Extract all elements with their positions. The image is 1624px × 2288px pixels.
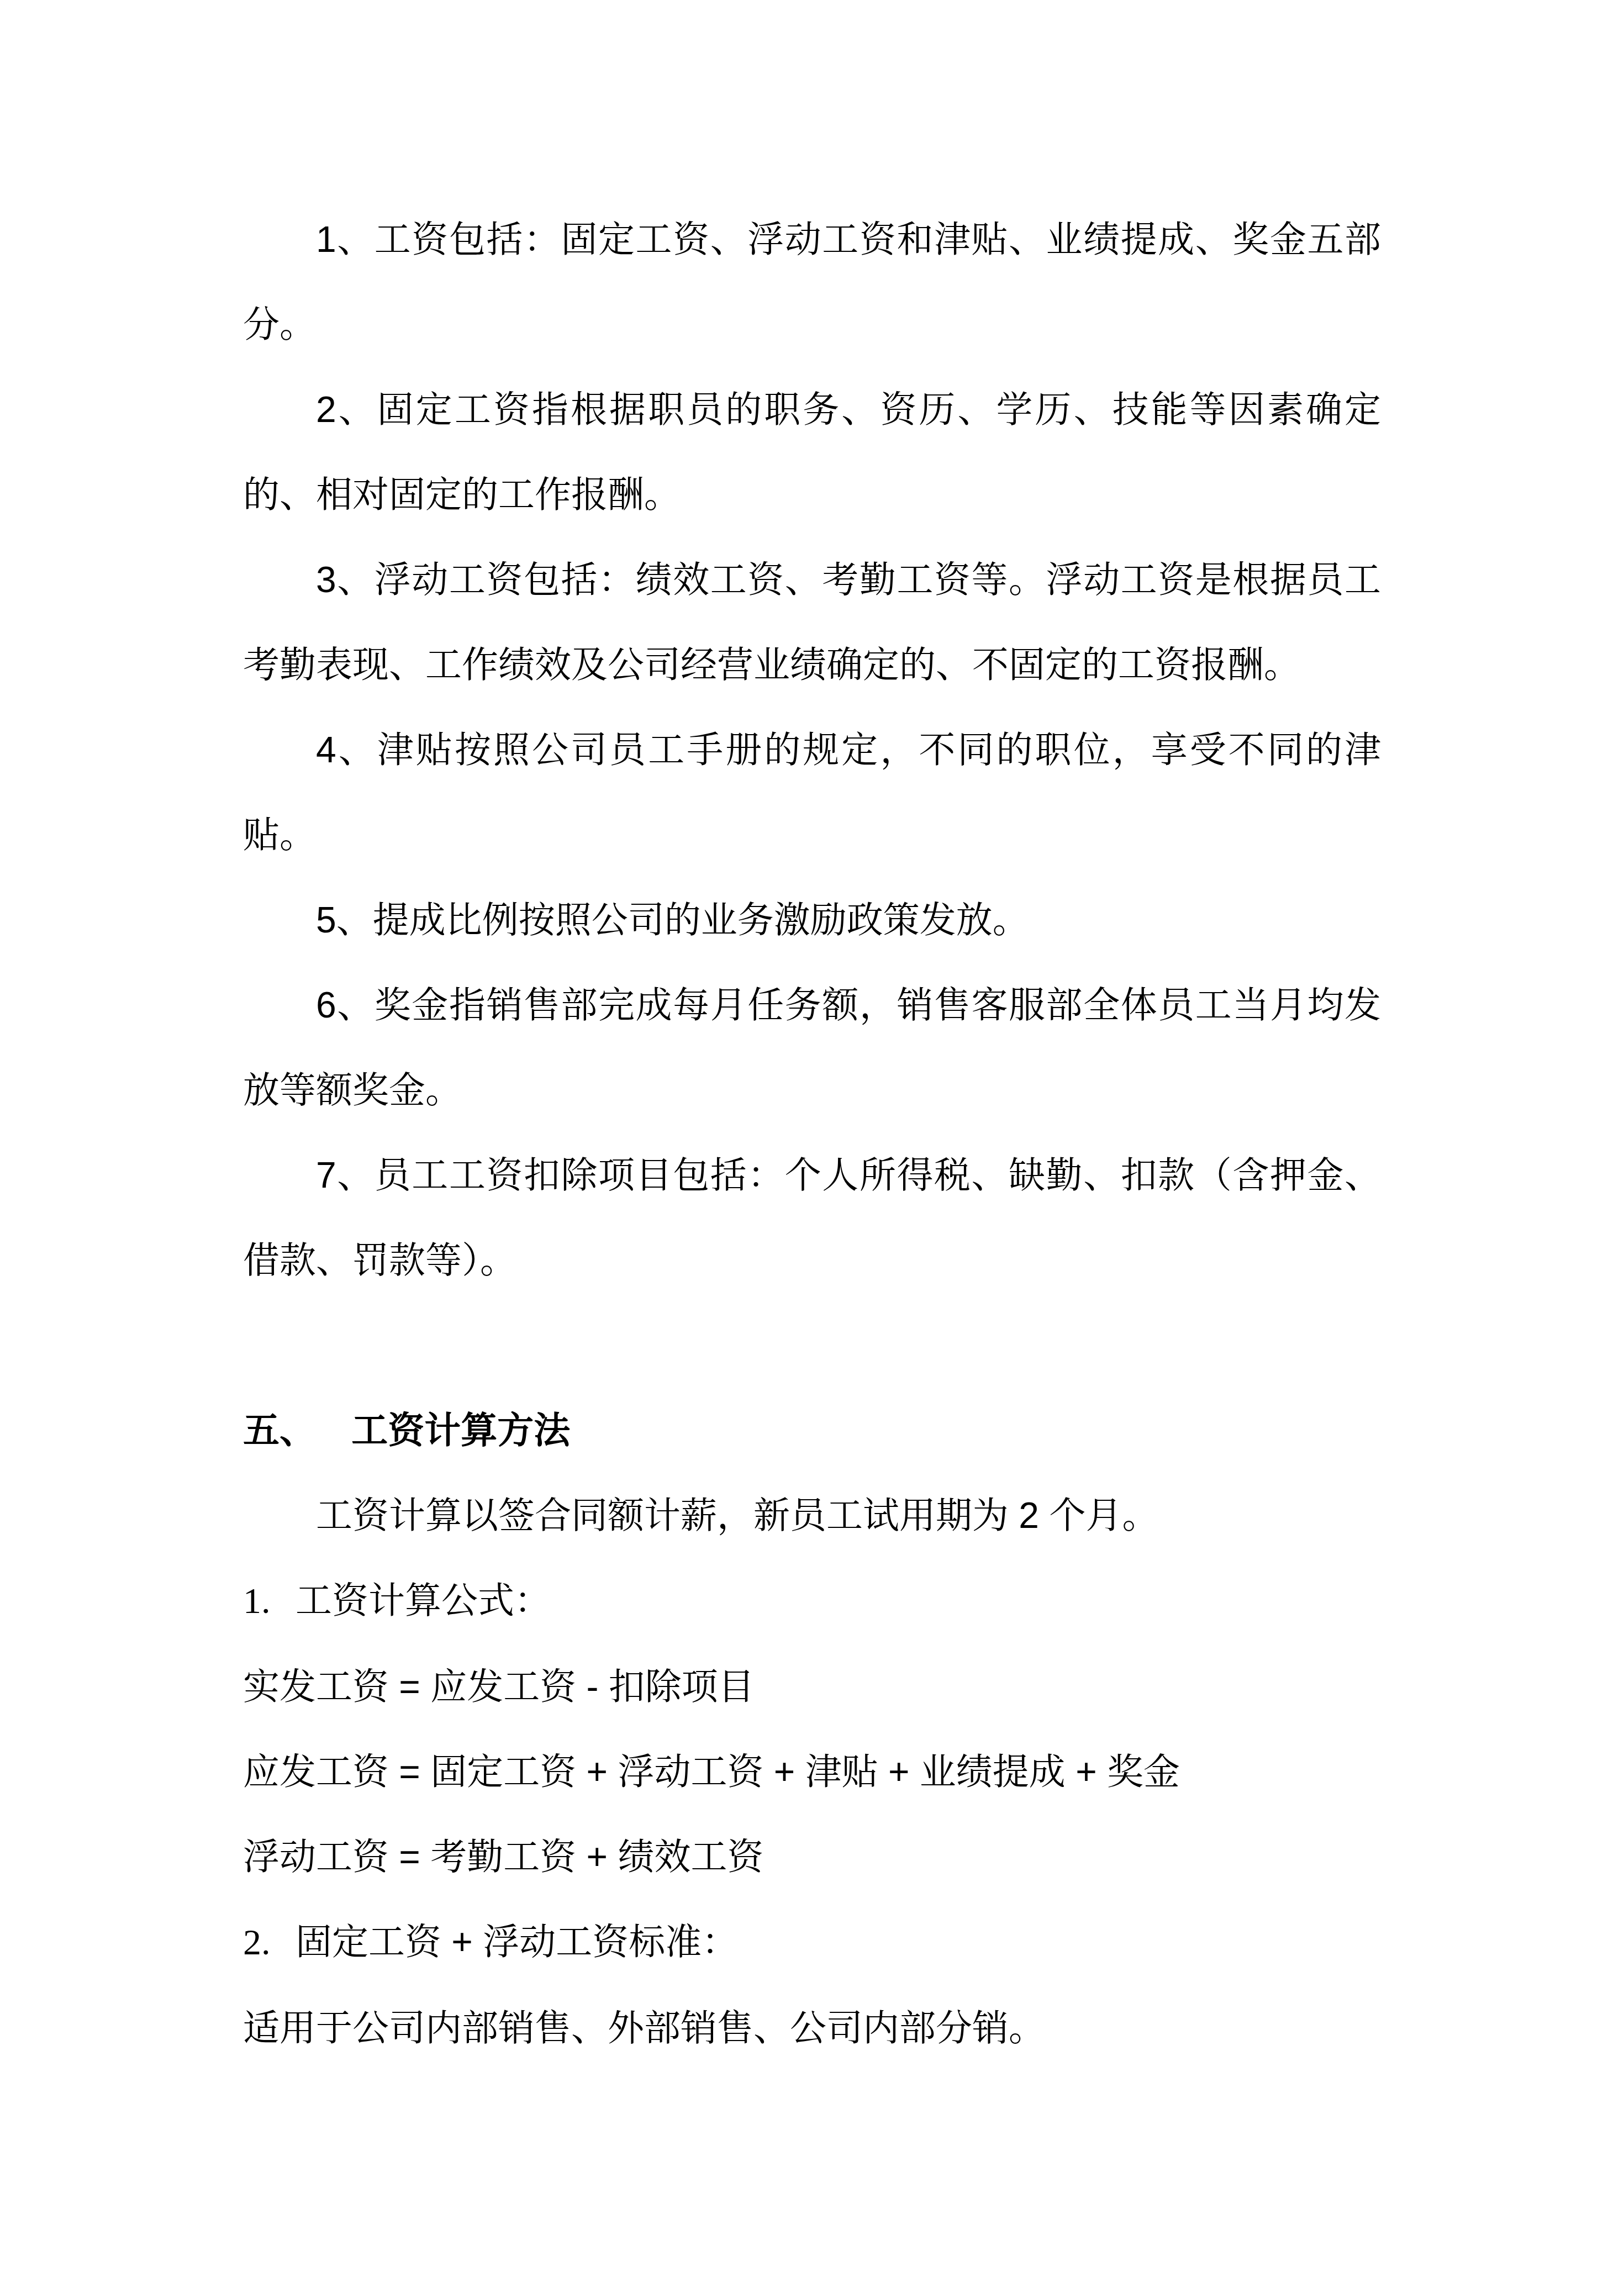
formula-net-wage: 实发工资 = 应发工资 - 扣除项目 [243, 1644, 1381, 1729]
paragraph-allowance: 4、津贴按照公司员工手册的规定，不同的职位，享受不同的津贴。 [243, 707, 1381, 877]
paragraph-deductions: 7、员工工资扣除项目包括：个人所得税、缺勤、扣款（含押金、借款、罚款等）。 [243, 1132, 1381, 1303]
formula-floating-wage: 浮动工资 = 考勤工资 + 绩效工资 [243, 1814, 1381, 1899]
paragraph-calc-intro: 工资计算以签合同额计薪，新员工试用期为 2 个月。 [243, 1473, 1381, 1558]
list-text-standard: 固定工资 + 浮动工资标准： [296, 1899, 1381, 1984]
section-heading-number: 五、 [243, 1410, 316, 1451]
list-item-formula: 1. 工资计算公式： [243, 1558, 1381, 1644]
paragraph-commission: 5、提成比例按照公司的业务激励政策发放。 [243, 877, 1381, 962]
blank-line [243, 1303, 1381, 1388]
document-page: 1、工资包括：固定工资、浮动工资和津贴、业绩提成、奖金五部分。 2、固定工资指根… [0, 0, 1624, 2288]
paragraph-bonus: 6、奖金指销售部完成每月任务额，销售客服部全体员工当月均发放等额奖金。 [243, 962, 1381, 1132]
line-applicability: 适用于公司内部销售、外部销售、公司内部分销。 [243, 1985, 1381, 2070]
list-marker-2: 2. [243, 1900, 296, 1985]
section-heading-title: 工资计算方法 [351, 1410, 570, 1451]
list-text-formula: 工资计算公式： [296, 1558, 1381, 1643]
formula-gross-wage: 应发工资 = 固定工资 + 浮动工资 + 津贴 + 业绩提成 + 奖金 [243, 1729, 1381, 1814]
section-heading: 五、 工资计算方法 [243, 1388, 1381, 1473]
paragraph-floating-wage: 3、浮动工资包括：绩效工资、考勤工资等。浮动工资是根据员工考勤表现、工作绩效及公… [243, 537, 1381, 707]
list-item-standard: 2. 固定工资 + 浮动工资标准： [243, 1899, 1381, 1985]
paragraph-fixed-wage: 2、固定工资指根据职员的职务、资历、学历、技能等因素确定的、相对固定的工作报酬。 [243, 367, 1381, 537]
list-marker-1: 1. [243, 1559, 296, 1644]
document-content: 1、工资包括：固定工资、浮动工资和津贴、业绩提成、奖金五部分。 2、固定工资指根… [243, 197, 1381, 2070]
paragraph-wage-components: 1、工资包括：固定工资、浮动工资和津贴、业绩提成、奖金五部分。 [243, 197, 1381, 367]
